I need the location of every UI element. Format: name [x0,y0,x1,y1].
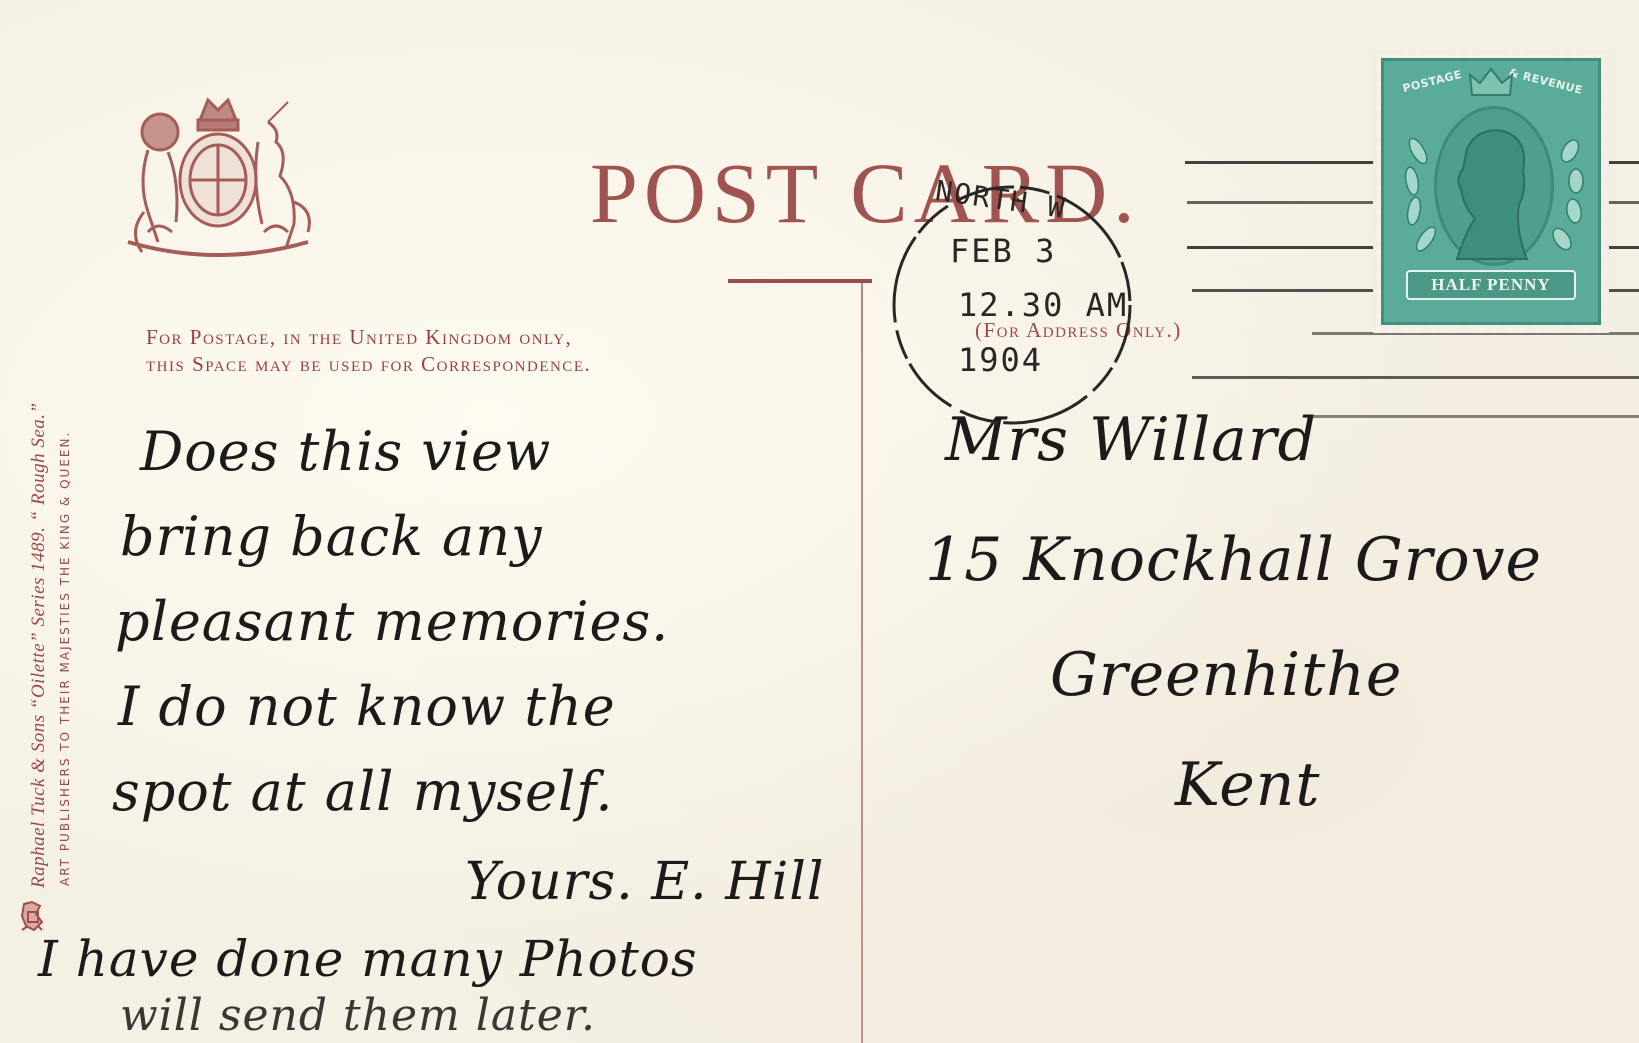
postage-stamp: POSTAGE & REVENUE [1373,50,1609,333]
cancel-line [1192,376,1639,379]
publisher-line-1: Raphael Tuck & Sons “Oilette” Series 148… [28,402,50,888]
message-line: Does this view [140,420,551,483]
publisher-line-2: ART PUBLISHERS TO THEIR MAJESTIES THE KI… [58,431,72,886]
stamp-postage-label: POSTAGE [1401,68,1463,95]
address-county: Kent [1175,750,1320,820]
cancel-line [1312,415,1639,418]
postcard-back: POST CARD. For Postage, in the United Ki… [0,0,1639,1043]
center-divider [861,283,863,1043]
publisher-imprint: Raphael Tuck & Sons “Oilette” Series 148… [22,250,82,890]
message-line: pleasant memories. [115,590,669,653]
message-line: bring back any [120,505,543,568]
message-line: spot at all myself. [112,760,614,823]
easel-palette-logo-icon [18,900,48,934]
stamp-value-label: HALF PENNY [1406,270,1576,300]
stamp-revenue-label: & REVENUE [1508,66,1584,97]
laurel-wreath-icon [1392,111,1596,281]
address-street: 15 Knockhall Grove [925,525,1542,595]
signature: Yours. E. Hill [465,852,824,912]
correspondence-notice: For Postage, in the United Kingdom only,… [146,324,786,378]
stamp-face: POSTAGE & REVENUE [1381,58,1601,325]
notice-line-2: this Space may be used for Correspondenc… [146,351,786,378]
postmark-year: 1904 [958,341,1043,379]
crown-icon [1466,65,1516,101]
postscript-line: will send them later. [120,990,596,1041]
address-town: Greenhithe [1050,640,1402,710]
title-underline [728,279,872,283]
postscript-line: I have done many Photos [38,930,698,988]
postmark-time: 12.30 AM [958,286,1128,324]
notice-line-1: For Postage, in the United Kingdom only, [146,325,572,349]
message-line: I do not know the [118,675,616,738]
postmark-date: FEB 3 [950,232,1056,270]
royal-coat-of-arms-icon [118,92,318,260]
